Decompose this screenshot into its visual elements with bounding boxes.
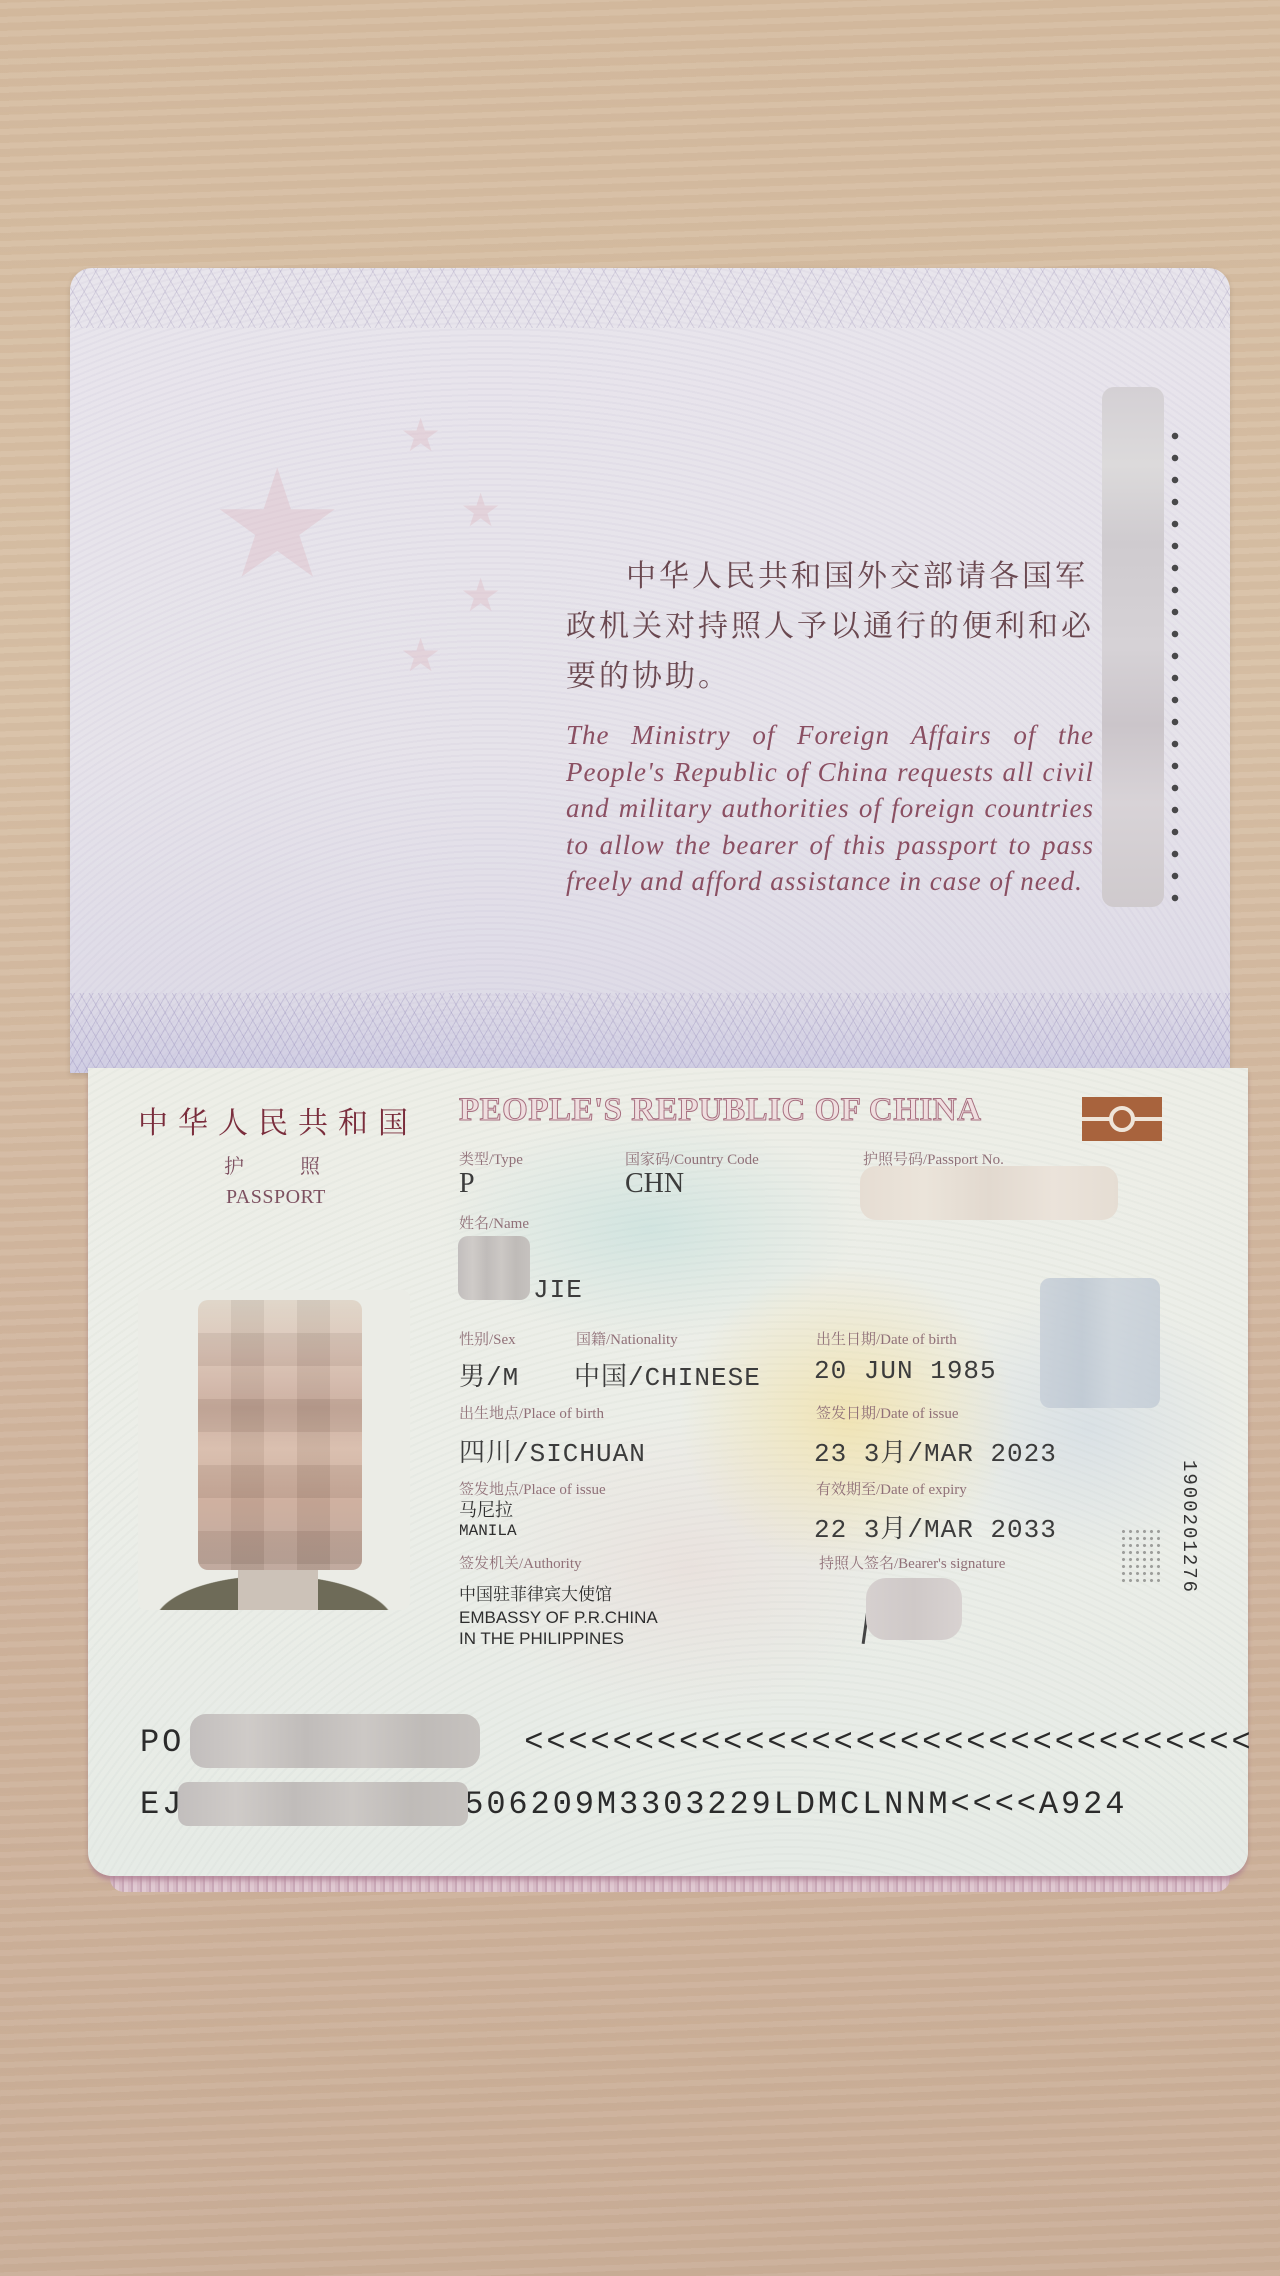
star-icon: ★: [460, 568, 501, 622]
date-of-issue-value: 23 3月/MAR 2023: [814, 1432, 1057, 1469]
bearer-photo: [138, 1290, 410, 1610]
country-title-cn: 中华人民共和国: [138, 1098, 418, 1142]
guilloche-border-bottom: [70, 993, 1230, 1073]
place-of-birth-label: 出生地点/Place of birth: [459, 1402, 604, 1423]
signature-label: 持照人签名/Bearer's signature: [819, 1552, 1005, 1573]
passport-title-cn: 护照: [224, 1150, 376, 1179]
perforation-dots: [1170, 425, 1180, 915]
place-of-issue-label: 签发地点/Place of issue: [459, 1478, 606, 1499]
star-icon: ★: [400, 408, 441, 462]
type-value: P: [459, 1168, 475, 1200]
authority-value-en-1: EMBASSY OF P.R.CHINA: [459, 1607, 658, 1628]
country-code-value: CHN: [625, 1168, 684, 1200]
place-of-birth-value: 四川/SICHUAN: [459, 1432, 646, 1469]
passport-title-en: PASSPORT: [226, 1186, 326, 1209]
nationality-value: 中国/CHINESE: [574, 1356, 761, 1393]
mrz-line-1-suffix: <<<<<<<<<<<<<<<<<<<<<<<<<<<<<<<<<: [524, 1724, 1253, 1761]
serial-number: 1900201276: [1178, 1460, 1200, 1594]
redacted-ghost-image: [1040, 1278, 1160, 1408]
date-of-expiry-label: 有效期至/Date of expiry: [816, 1478, 967, 1499]
nationality-label: 国籍/Nationality: [576, 1328, 678, 1349]
place-of-issue-value-en: MANILA: [459, 1521, 517, 1542]
redacted-mrz-number: [178, 1782, 468, 1826]
authority-label: 签发机关/Authority: [459, 1552, 582, 1573]
notice-chinese: 中华人民共和国外交部请各国军政机关对持照人予以通行的便利和必要的协助。: [566, 552, 1096, 702]
redacted-surname: [458, 1236, 530, 1300]
date-of-expiry-value: 22 3月/MAR 2033: [814, 1508, 1057, 1545]
authority-value-cn: 中国驻菲律宾大使馆: [459, 1584, 612, 1605]
star-icon: ★: [400, 628, 441, 682]
name-value: JIE: [533, 1275, 583, 1305]
mrz-line-2-suffix: 506209M3303229LDMCLNNM<<<<A924: [464, 1786, 1127, 1823]
date-of-birth-value: 20 JUN 1985: [814, 1356, 997, 1386]
guilloche-border-top: [70, 268, 1230, 328]
place-of-issue-value-cn: 马尼拉: [459, 1500, 513, 1521]
redacted-vertical-code: [1102, 387, 1164, 907]
redacted-passport-number: [860, 1166, 1118, 1220]
dot-pattern: [1120, 1528, 1160, 1584]
pixelated-face: [198, 1300, 362, 1570]
sex-label: 性别/Sex: [459, 1328, 516, 1349]
name-label: 姓名/Name: [459, 1212, 529, 1233]
date-of-issue-label: 签发日期/Date of issue: [816, 1402, 958, 1423]
sex-value: 男/M: [459, 1356, 519, 1393]
redacted-mrz-name: [190, 1714, 480, 1768]
notice-english: The Ministry of Foreign Affairs of the P…: [566, 717, 1094, 900]
mrz-line-1-prefix: PO: [140, 1724, 184, 1761]
country-code-label: 国家码/Country Code: [625, 1148, 759, 1169]
epassport-chip-icon: [1082, 1097, 1162, 1141]
country-title-en: PEOPLE'S REPUBLIC OF CHINA: [459, 1092, 981, 1129]
redacted-signature: [866, 1578, 962, 1640]
authority-value-en-2: IN THE PHILIPPINES: [459, 1628, 624, 1649]
star-icon: ★: [460, 483, 501, 537]
date-of-birth-label: 出生日期/Date of birth: [816, 1328, 957, 1349]
type-label: 类型/Type: [459, 1148, 523, 1169]
star-icon: ★: [210, 438, 344, 612]
